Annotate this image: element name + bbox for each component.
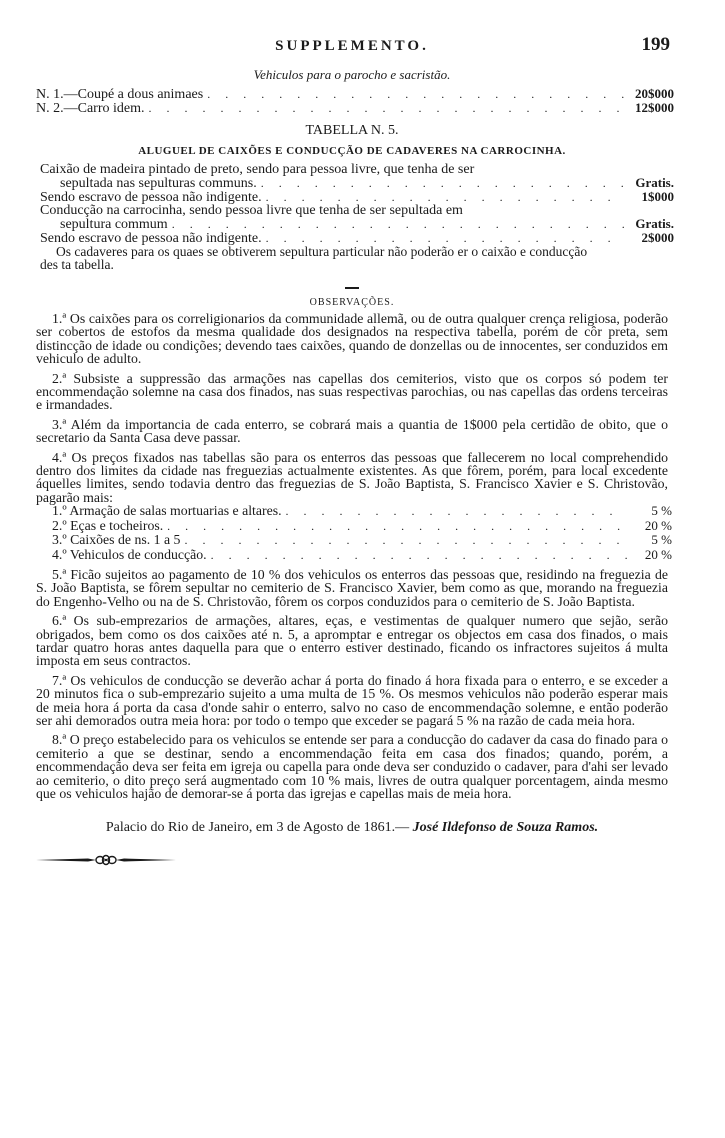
place-date: Palacio do Rio de Janeiro, em 3 de Agost…	[106, 820, 409, 835]
dot-leader: . . . . . . . . . . . . . . . . . . . . …	[184, 534, 628, 547]
table-title: TABELLA N. 5.	[36, 123, 668, 139]
fee-value: Gratis.	[628, 217, 674, 230]
dot-leader: . . . . . . . . . . . . . . . . . . . . …	[261, 177, 624, 190]
dot-leader: . . . . . . . . . . . . . . . . . . . . …	[148, 102, 624, 115]
fee-list: Caixão de madeira pintado de preto, send…	[40, 163, 674, 271]
paragraph-text: Os vehiculos de conducção se deverão ach…	[36, 673, 668, 728]
fee-description-cont: sepultura commum	[60, 218, 168, 231]
observation-paragraph: 2.ª Subsiste a suppressão das armações n…	[36, 372, 668, 412]
paragraph-text: Os sub-emprezarios de armações, altares,…	[36, 613, 668, 668]
fee-value: 1$000	[628, 190, 674, 203]
dot-leader: . . . . . . . . . . . . . . . . . . . . …	[167, 520, 628, 533]
table-subtitle: ALUGUEL DE CAIXÕES E CONDUCÇÃO DE CADAVE…	[36, 145, 668, 157]
fee-value: Gratis.	[628, 176, 674, 189]
fee-item: Conducção na carrocinha, sendo pessoa li…	[40, 204, 674, 231]
dot-leader: . . . . . . . . . . . . . . . . . . . . …	[207, 88, 624, 101]
surcharge-label: 1.º Armação de salas mortuarias e altare…	[52, 504, 282, 517]
surcharge-row: 2.º Eças e tocheiros. . . . . . . . . . …	[52, 519, 672, 533]
ornament-divider-icon	[36, 854, 176, 866]
observation-paragraph: 8.ª O preço estabelecido para os vehicul…	[36, 733, 668, 800]
observation-paragraph: 4.ª Os preços fixados nas tabellas são p…	[36, 451, 668, 505]
running-head: SUPPLEMENTO. 199	[36, 36, 668, 58]
surcharge-list: 1.º Armação de salas mortuarias e altare…	[52, 504, 672, 562]
surcharge-value: 20 %	[632, 519, 672, 532]
table-note: Os cadaveres para os quaes se obtiverem …	[40, 245, 608, 271]
price-row: N. 1.—Coupé a dous animaes . . . . . . .…	[36, 87, 674, 101]
price-label: N. 1.—Coupé a dous animaes	[36, 88, 203, 101]
fee-description: Caixão de madeira pintado de preto, send…	[40, 163, 674, 176]
surcharge-row: 1.º Armação de salas mortuarias e altare…	[52, 504, 672, 518]
observation-paragraph: 3.ª Além da importancia de cada enterro,…	[36, 418, 668, 445]
price-value: 12$000	[628, 101, 674, 114]
price-label: N. 2.—Carro idem.	[36, 102, 144, 115]
paragraph-text: O preço estabelecido para os vehiculos s…	[36, 732, 668, 801]
surcharge-row: 4.º Vehiculos de conducção. . . . . . . …	[52, 548, 672, 562]
price-row: sepultura commum . . . . . . . . . . . .…	[40, 217, 674, 231]
signature-line: Palacio do Rio de Janeiro, em 3 de Agost…	[36, 820, 668, 836]
page-number: 199	[642, 34, 671, 56]
vehicles-subtitle: Vehiculos para o parocho e sacristão.	[36, 67, 668, 83]
observation-paragraph: 6.ª Os sub-emprezarios de armações, alta…	[36, 614, 668, 668]
observations-title: OBSERVAÇÕES.	[36, 297, 668, 308]
price-value: 20$000	[628, 87, 674, 100]
fee-description-cont: sepultada nas sepulturas communs.	[60, 177, 257, 190]
fee-item: Sendo escravo de pessoa não indigente. .…	[40, 190, 674, 204]
observation-paragraph: 5.ª Ficão sujeitos ao pagamento de 10 % …	[36, 568, 668, 608]
observation-paragraph: 7.ª Os vehiculos de conducção se deverão…	[36, 674, 668, 728]
surcharge-row: 3.º Caixões de ns. 1 a 5 . . . . . . . .…	[52, 533, 672, 547]
surcharge-label: 4.º Vehiculos de conducção.	[52, 548, 207, 561]
surcharge-label: 2.º Eças e tocheiros.	[52, 519, 163, 532]
observation-paragraph: 1.ª Os caixões para os correligionarios …	[36, 312, 668, 366]
fee-description: Conducção na carrocinha, sendo pessoa li…	[40, 204, 674, 217]
price-row: sepultada nas sepulturas communs. . . . …	[40, 176, 674, 190]
dot-leader: . . . . . . . . . . . . . . . . . . . . …	[211, 549, 628, 562]
document-page: SUPPLEMENTO. 199 Vehiculos para o paroch…	[36, 36, 668, 871]
surcharge-label: 3.º Caixões de ns. 1 a 5	[52, 533, 180, 546]
paragraph-text: Além da importancia de cada enterro, se …	[36, 417, 668, 445]
paragraph-text: Os caixões para os correligionarios da c…	[36, 311, 668, 366]
paragraph-text: Subsiste a suppressão das armações nas c…	[36, 371, 668, 413]
surcharge-value: 5 %	[632, 504, 672, 517]
signer-name: José Ildefonso de Souza Ramos.	[413, 820, 599, 835]
section-rule	[345, 287, 359, 289]
price-row: Sendo escravo de pessoa não indigente. .…	[40, 231, 674, 245]
paragraph-text: Os preços fixados nas tabellas são para …	[36, 450, 668, 505]
paragraph-text: Ficão sujeitos ao pagamento de 10 % dos …	[36, 567, 668, 609]
fee-item: Sendo escravo de pessoa não indigente. .…	[40, 231, 674, 245]
price-row: N. 2.—Carro idem. . . . . . . . . . . . …	[36, 101, 674, 115]
fee-item: Caixão de madeira pintado de preto, send…	[40, 163, 674, 190]
surcharge-value: 20 %	[632, 548, 672, 561]
dot-leader: . . . . . . . . . . . . . . . . . . . . …	[286, 505, 628, 518]
surcharge-value: 5 %	[632, 533, 672, 546]
fee-value: 2$000	[628, 231, 674, 244]
price-row: Sendo escravo de pessoa não indigente. .…	[40, 190, 674, 204]
dot-leader: . . . . . . . . . . . . . . . . . . . . …	[172, 218, 624, 231]
vehicle-price-list: N. 1.—Coupé a dous animaes . . . . . . .…	[36, 87, 674, 115]
running-title: SUPPLEMENTO.	[36, 38, 668, 55]
